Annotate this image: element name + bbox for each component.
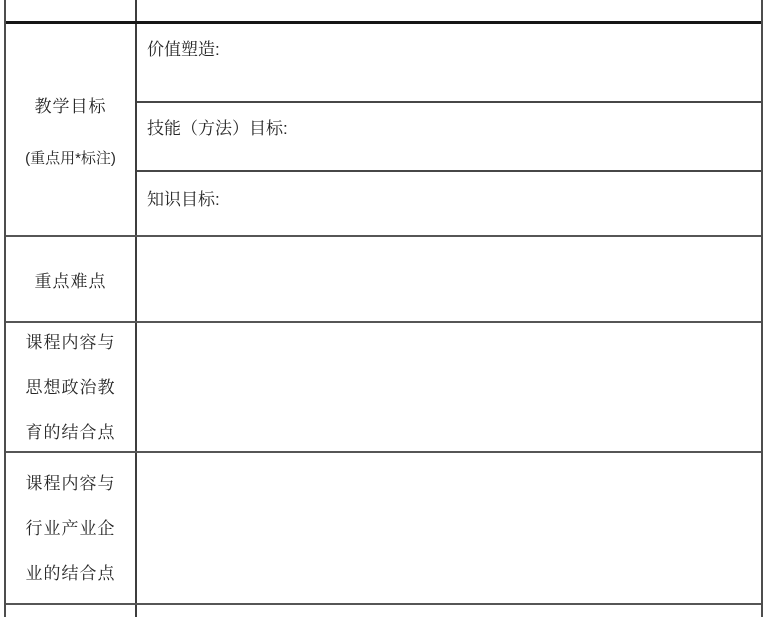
- value-shaping-cell[interactable]: 价值塑造:: [137, 24, 761, 103]
- teaching-goals-header-cell: 教学目标 (重点用*标注): [6, 24, 137, 235]
- industry-header-line-3: 业的结合点: [26, 551, 116, 596]
- table-row-partial-bottom: [6, 605, 761, 617]
- ideological-integration-header-cell: 课程内容与 思想政治教 育的结合点: [6, 323, 137, 451]
- key-difficulties-content-cell[interactable]: [137, 237, 761, 321]
- table-row-partial-top: [6, 0, 761, 24]
- teaching-goals-title: 教学目标: [35, 92, 107, 117]
- table-row-key-difficulties: 重点难点: [6, 237, 761, 323]
- skill-method-goal-label: 技能（方法）目标:: [147, 119, 288, 138]
- table-row-teaching-goals: 教学目标 (重点用*标注) 价值塑造: 技能（方法）目标: 知识目标:: [6, 24, 761, 237]
- key-difficulties-header-cell: 重点难点: [6, 237, 137, 321]
- top-right-empty-cell[interactable]: [137, 0, 761, 21]
- bottom-left-empty-cell[interactable]: [6, 605, 137, 617]
- industry-integration-content-cell[interactable]: [137, 453, 761, 603]
- key-difficulties-label: 重点难点: [35, 267, 107, 292]
- table-row-industry-integration: 课程内容与 行业产业企 业的结合点: [6, 453, 761, 605]
- document-page: 教学目标 (重点用*标注) 价值塑造: 技能（方法）目标: 知识目标: 重点难点: [0, 0, 772, 617]
- ideological-integration-content-cell[interactable]: [137, 323, 761, 451]
- lesson-plan-table: 教学目标 (重点用*标注) 价值塑造: 技能（方法）目标: 知识目标: 重点难点: [4, 0, 763, 617]
- table-row-ideological-integration: 课程内容与 思想政治教 育的结合点: [6, 323, 761, 453]
- industry-integration-header-cell: 课程内容与 行业产业企 业的结合点: [6, 453, 137, 603]
- industry-header-line-2: 行业产业企: [26, 506, 116, 551]
- teaching-goals-note: (重点用*标注): [25, 147, 116, 168]
- knowledge-goal-label: 知识目标:: [147, 190, 220, 209]
- teaching-goals-content-cell: 价值塑造: 技能（方法）目标: 知识目标:: [137, 24, 761, 235]
- ideological-header-line-3: 育的结合点: [26, 410, 116, 455]
- ideological-header-line-2: 思想政治教: [26, 365, 116, 410]
- value-shaping-label: 价值塑造:: [147, 40, 220, 59]
- bottom-right-empty-cell[interactable]: [137, 605, 761, 617]
- skill-method-goal-cell[interactable]: 技能（方法）目标:: [137, 103, 761, 172]
- knowledge-goal-cell[interactable]: 知识目标:: [137, 172, 761, 235]
- ideological-header-line-1: 课程内容与: [26, 320, 116, 365]
- top-left-empty-cell[interactable]: [6, 0, 137, 21]
- industry-header-line-1: 课程内容与: [26, 461, 116, 506]
